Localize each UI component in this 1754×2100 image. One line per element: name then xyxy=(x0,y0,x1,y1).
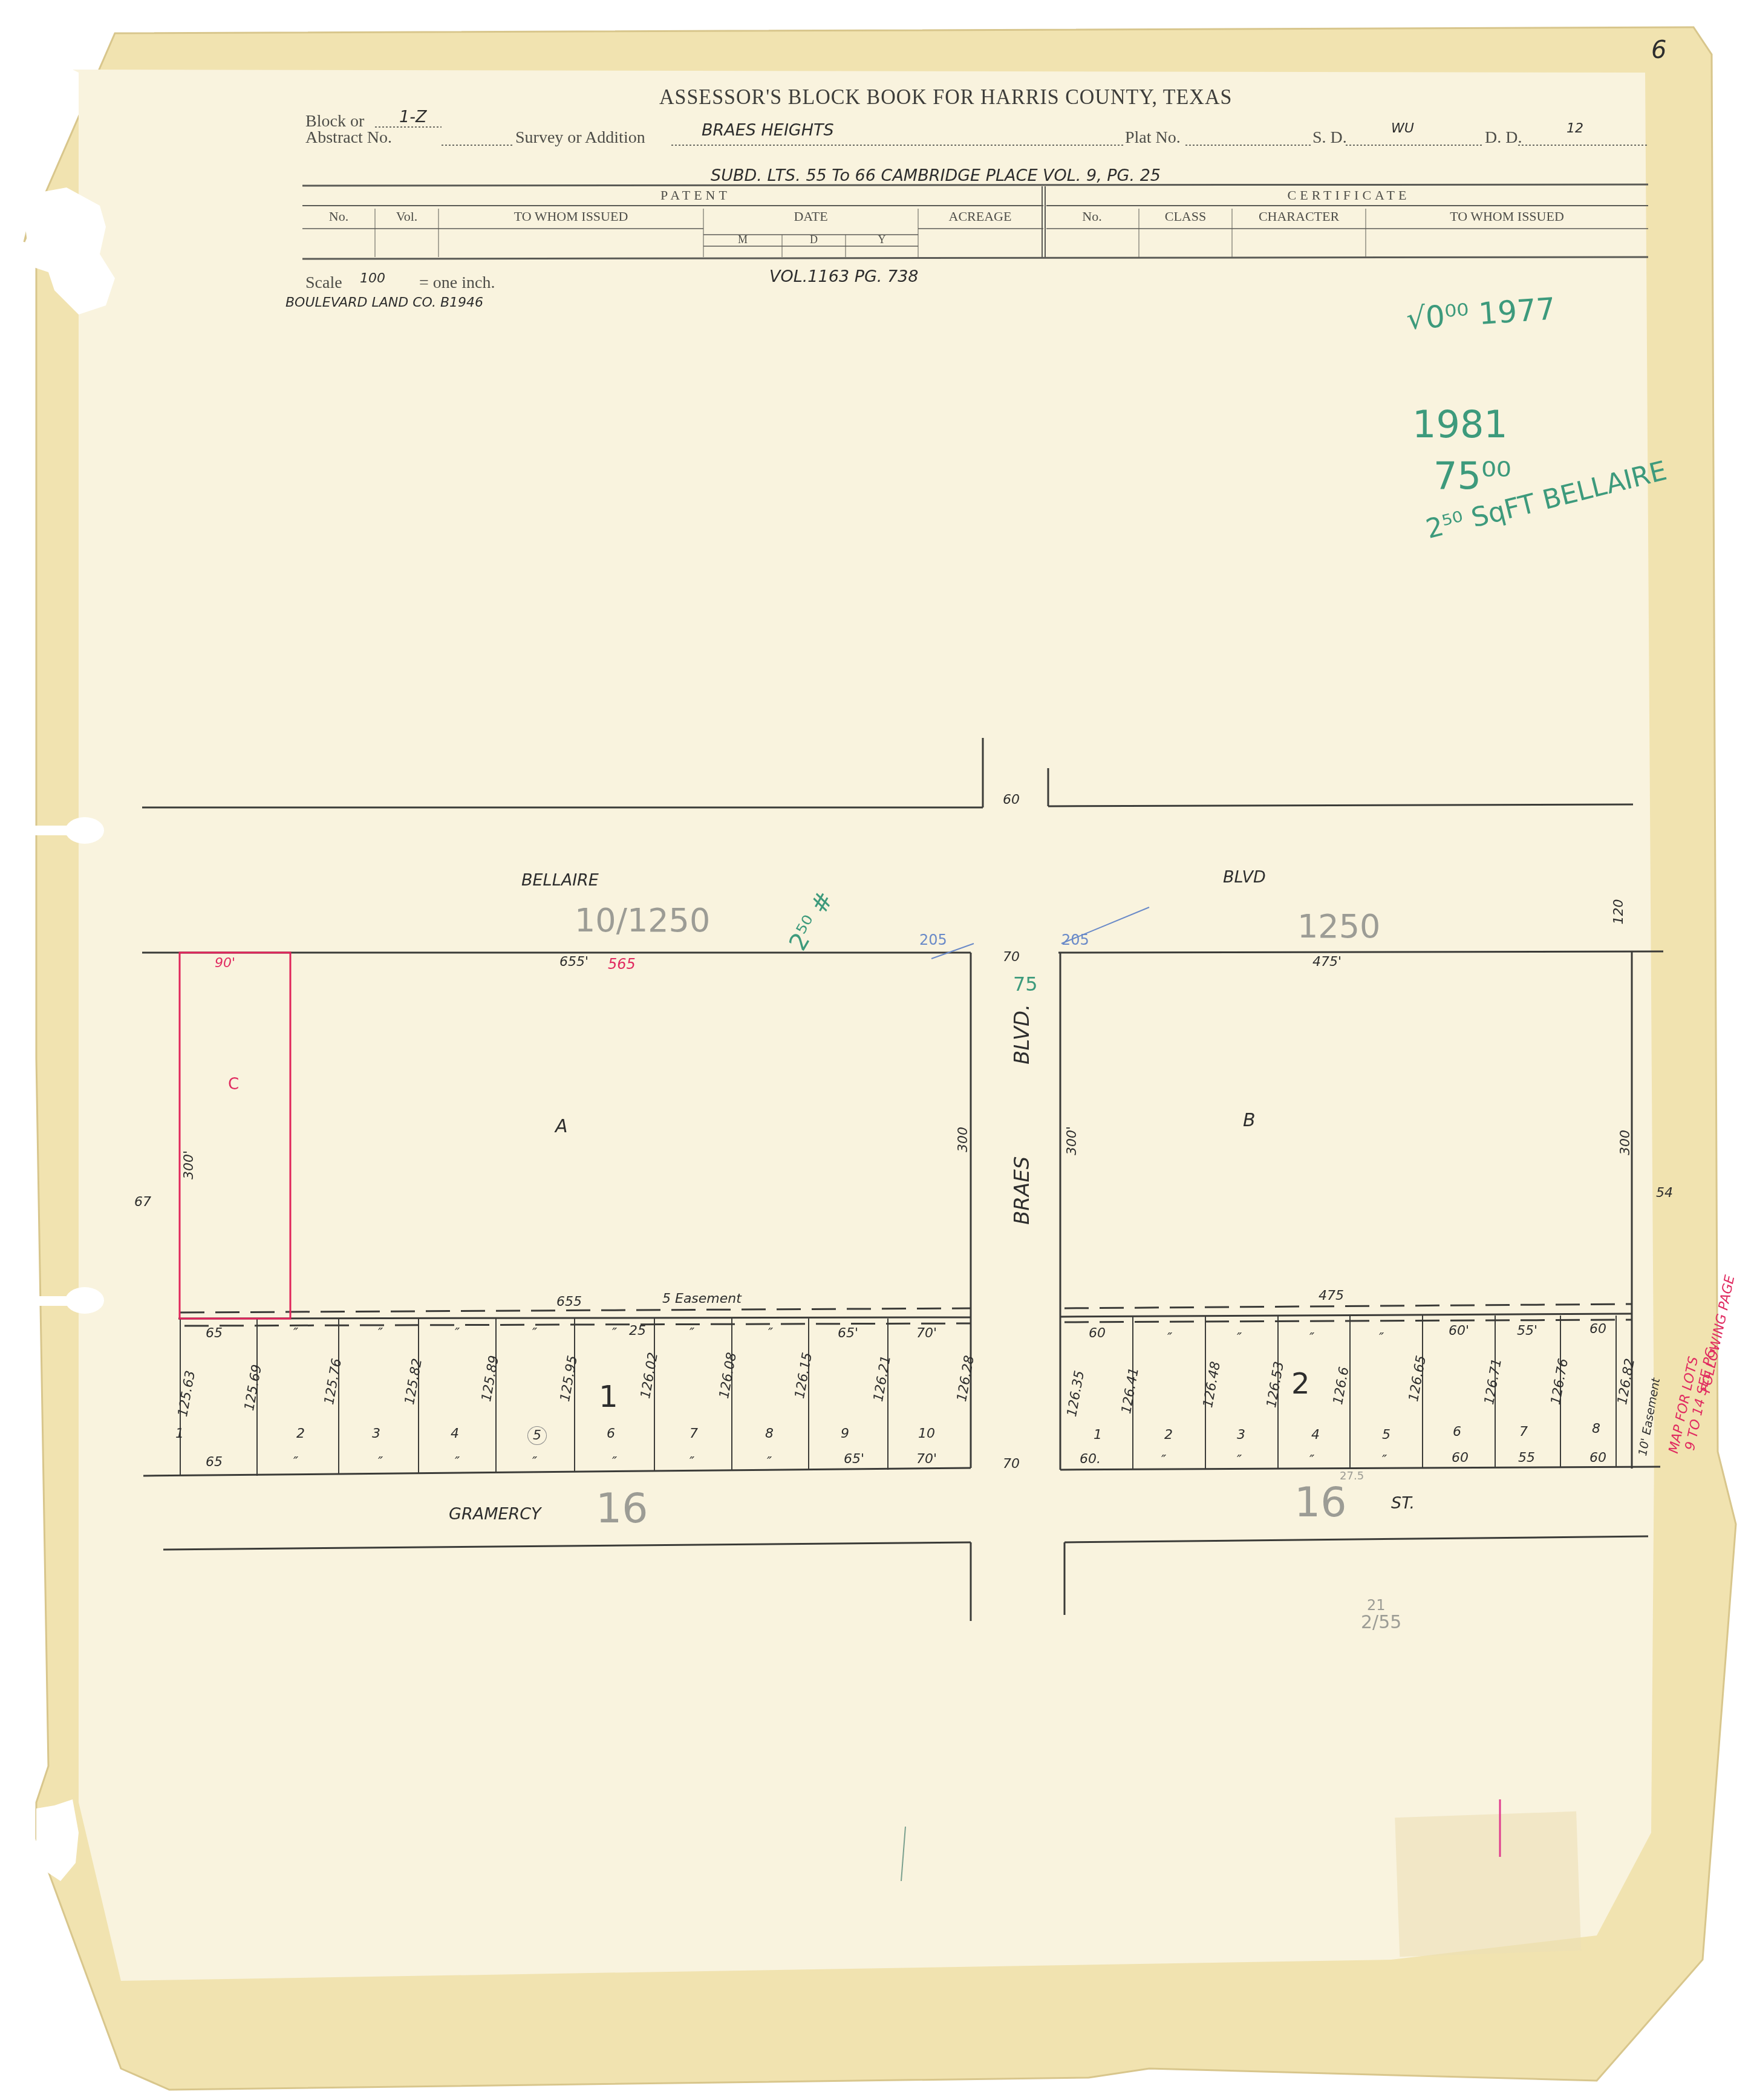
block1-top-frontage-revised: 565 xyxy=(608,956,636,973)
lot-width-bottom: 65' xyxy=(844,1452,864,1467)
lot-width-top: ″ xyxy=(1379,1331,1384,1346)
lot-width-top: ″ xyxy=(1167,1331,1172,1346)
lot-width-bottom: 65 xyxy=(206,1455,223,1470)
lot-number[interactable]: 6 xyxy=(607,1426,615,1441)
lot-width-top: 65' xyxy=(838,1326,858,1341)
lot-number[interactable]: 2 xyxy=(296,1426,305,1441)
lot-number[interactable]: 1 xyxy=(1094,1427,1102,1443)
lot-width-top: ″ xyxy=(378,1326,383,1341)
block1-top-frontage: 655' xyxy=(559,954,588,970)
block1-easement-label: 5 Easement xyxy=(662,1291,742,1306)
lot-number[interactable]: 3 xyxy=(372,1426,380,1441)
lot-number[interactable]: 4 xyxy=(1311,1427,1320,1443)
lot-number[interactable]: 7 xyxy=(1519,1424,1528,1440)
street-braes-label: BRAES xyxy=(1010,1156,1034,1225)
lot-number[interactable]: 9 xyxy=(841,1426,849,1441)
lot-width-top: 65 xyxy=(206,1326,223,1341)
street-gramercy: GRAMERCY xyxy=(449,1505,541,1524)
street-bellaire: BELLAIRE xyxy=(521,871,599,890)
block2-easement-frontage: 475 xyxy=(1319,1288,1344,1303)
lot-width-bottom: ″ xyxy=(1161,1453,1166,1468)
lot-width-bottom: ″ xyxy=(690,1455,694,1470)
plat-map-lines xyxy=(0,0,1754,2100)
lot-width-top: ″ xyxy=(293,1326,298,1341)
lot-width-bottom: 60 xyxy=(1589,1450,1606,1466)
lot-width-bottom: 70' xyxy=(916,1452,937,1467)
lot-width-bottom: ″ xyxy=(378,1455,383,1470)
lot-width-bottom: ″ xyxy=(1237,1453,1242,1468)
lot-number[interactable]: 6 xyxy=(1453,1424,1461,1440)
reserve-b-label: B xyxy=(1243,1110,1256,1131)
lot-number[interactable]: 3 xyxy=(1237,1427,1245,1443)
assessor-block-book-page: ASSESSOR'S BLOCK BOOK FOR HARRIS COUNTY,… xyxy=(0,0,1754,2100)
lot-width-top: ″ xyxy=(612,1326,617,1341)
reserve-a-label: A xyxy=(555,1116,568,1137)
block1-depth-left: 300' xyxy=(181,1150,197,1179)
bottom-note-top: 21 xyxy=(1367,1597,1386,1614)
bottom-note: 2/55 xyxy=(1361,1612,1401,1633)
braes-rate-green: 75 xyxy=(1013,973,1038,996)
block2-number: 2 xyxy=(1291,1367,1310,1401)
lot-width-top: 70' xyxy=(916,1326,937,1341)
crossed-205-left: 205 xyxy=(919,931,947,948)
lot-width-top: 55' xyxy=(1517,1323,1537,1339)
braes-width-mid: 70 xyxy=(1003,950,1020,965)
reserve-c-label: C xyxy=(228,1075,239,1094)
lot-width-bottom: ″ xyxy=(532,1455,537,1470)
lot-width-bottom: ″ xyxy=(767,1455,772,1470)
block2-depth-right: 300 xyxy=(1618,1130,1633,1155)
block2-top-frontage: 475' xyxy=(1312,954,1342,970)
gramercy-width-left: 16 xyxy=(596,1485,648,1533)
lot-width-top: 60 xyxy=(1089,1326,1106,1341)
lot-width-top: 60 xyxy=(1589,1322,1606,1337)
block1-pencil-value: 10/1250 xyxy=(575,901,710,939)
lot-width-top: ″ xyxy=(532,1326,537,1341)
crossed-205-right: 205 xyxy=(1061,931,1089,948)
lot-width-bottom: ″ xyxy=(293,1455,298,1470)
block1-depth-right: 300 xyxy=(956,1127,971,1152)
lot-number[interactable]: 2 xyxy=(1164,1427,1173,1443)
lot-width-bottom: 55 xyxy=(1518,1450,1535,1466)
street-bellaire-blvd: BLVD xyxy=(1223,868,1266,887)
lot-number[interactable]: 10 xyxy=(918,1426,935,1441)
lot-number-circled[interactable]: 5 xyxy=(527,1426,547,1445)
lot-width-top: ″ xyxy=(768,1326,773,1341)
block1-easement-25: 25 xyxy=(629,1323,646,1339)
gramercy-width-right: 16 xyxy=(1294,1479,1347,1527)
lot-number[interactable]: 4 xyxy=(451,1426,459,1441)
lot-width-bottom: ″ xyxy=(612,1455,617,1470)
lot-number[interactable]: 8 xyxy=(765,1426,774,1441)
bellaire-width: 120 xyxy=(1611,899,1626,925)
right-margin-54: 54 xyxy=(1656,1185,1673,1201)
block1-easement-frontage: 655 xyxy=(556,1294,582,1309)
lot-width-bottom: ″ xyxy=(455,1455,460,1470)
block1-number: 1 xyxy=(599,1379,618,1414)
lot-width-bottom: ″ xyxy=(1382,1453,1387,1468)
block2-pencil-value: 1250 xyxy=(1297,907,1380,945)
street-gramercy-st: ST. xyxy=(1391,1494,1415,1513)
lot-number[interactable]: 8 xyxy=(1592,1421,1600,1436)
lot-width-top: ″ xyxy=(1237,1331,1242,1346)
street-braes-blvd-label: BLVD. xyxy=(1010,1004,1034,1065)
lot-width-bottom: 60 xyxy=(1452,1450,1469,1466)
lot-width-top: ″ xyxy=(455,1326,460,1341)
lot-number[interactable]: 7 xyxy=(690,1426,698,1441)
lot-width-top: 60' xyxy=(1449,1323,1469,1339)
lot-width-top: ″ xyxy=(690,1326,694,1341)
left-margin-67: 67 xyxy=(134,1195,151,1210)
lot-width-bottom: ″ xyxy=(1309,1453,1314,1468)
reserve-c-width: 90' xyxy=(215,956,235,971)
lot-width-top: ″ xyxy=(1309,1331,1314,1346)
braes-width-top: 60 xyxy=(1003,792,1020,807)
lot-number[interactable]: 1 xyxy=(175,1426,184,1441)
lot-width-bottom: 60. xyxy=(1080,1452,1101,1467)
block2-depth-left: 300' xyxy=(1064,1126,1080,1155)
braes-width-bot: 70 xyxy=(1003,1456,1020,1472)
lot-number[interactable]: 5 xyxy=(1382,1427,1390,1443)
block2-bottom-pencil: 27.5 xyxy=(1340,1470,1364,1482)
